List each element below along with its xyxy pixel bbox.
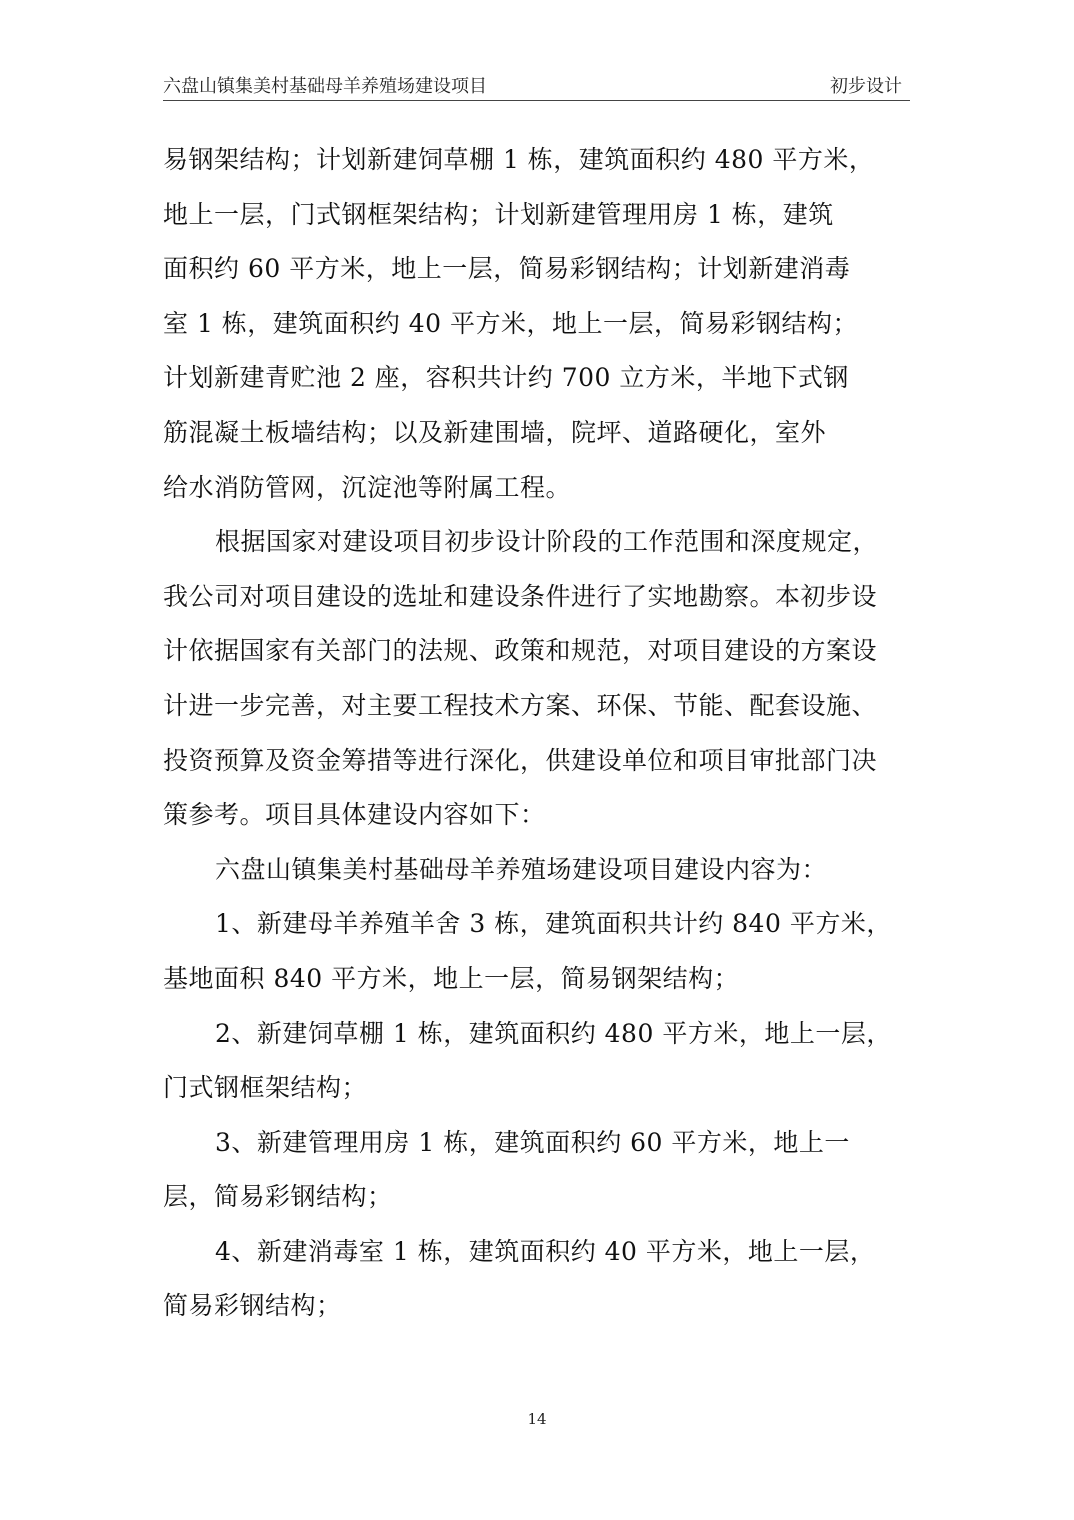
header-rule [163,100,910,101]
text-line: 我公司对项目建设的选址和建设条件进行了实地勘察。本初步设 [163,575,923,630]
text-line: 投资预算及资金筹措等进行深化，供建设单位和项目审批部门决 [163,739,923,794]
text-line: 计划新建青贮池 2 座，容积共计约 700 立方米，半地下式钢 [163,356,923,411]
text-line: 计依据国家有关部门的法规、政策和规范，对项目建设的方案设 [163,629,923,684]
text-line: 易钢架结构；计划新建饲草棚 1 栋，建筑面积约 480 平方米， [163,138,923,193]
text-line: 室 1 栋，建筑面积约 40 平方米，地上一层，简易彩钢结构； [163,302,923,357]
text-line: 地上一层，门式钢框架结构；计划新建管理用房 1 栋，建筑 [163,193,923,248]
list-item-1: 1、新建母羊养殖羊舍 3 栋，建筑面积共计约 840 平方米， [163,902,923,957]
header-title: 六盘山镇集美村基础母羊养殖场建设项目 [163,74,487,100]
text-line: 筋混凝土板墙结构；以及新建围墙，院坪、道路硬化，室外 [163,411,923,466]
text-line: 计进一步完善，对主要工程技术方案、环保、节能、配套设施、 [163,684,923,739]
text-line: 简易彩钢结构； [163,1284,923,1339]
paragraph-start-line: 根据国家对建设项目初步设计阶段的工作范围和深度规定， [163,520,923,575]
list-item-3: 3、新建管理用房 1 栋，建筑面积约 60 平方米，地上一 [163,1121,923,1176]
text-line: 门式钢框架结构； [163,1066,923,1121]
paragraph-start-line: 六盘山镇集美村基础母羊养殖场建设项目建设内容为： [163,848,923,903]
list-item-4: 4、新建消毒室 1 栋，建筑面积约 40 平方米，地上一层， [163,1230,923,1285]
page-number: 14 [0,1410,1074,1428]
text-line: 给水消防管网，沉淀池等附属工程。 [163,466,923,521]
list-item-2: 2、新建饲草棚 1 栋，建筑面积约 480 平方米，地上一层， [163,1012,923,1067]
text-line: 策参考。项目具体建设内容如下： [163,793,923,848]
header-section: 初步设计 [830,74,902,100]
text-line: 层，简易彩钢结构； [163,1175,923,1230]
text-line: 基地面积 840 平方米，地上一层，简易钢架结构； [163,957,923,1012]
page-header: 六盘山镇集美村基础母羊养殖场建设项目 初步设计 [163,74,910,100]
document-body: 易钢架结构；计划新建饲草棚 1 栋，建筑面积约 480 平方米， 地上一层，门式… [163,138,923,1339]
text-line: 面积约 60 平方米，地上一层，简易彩钢结构；计划新建消毒 [163,247,923,302]
